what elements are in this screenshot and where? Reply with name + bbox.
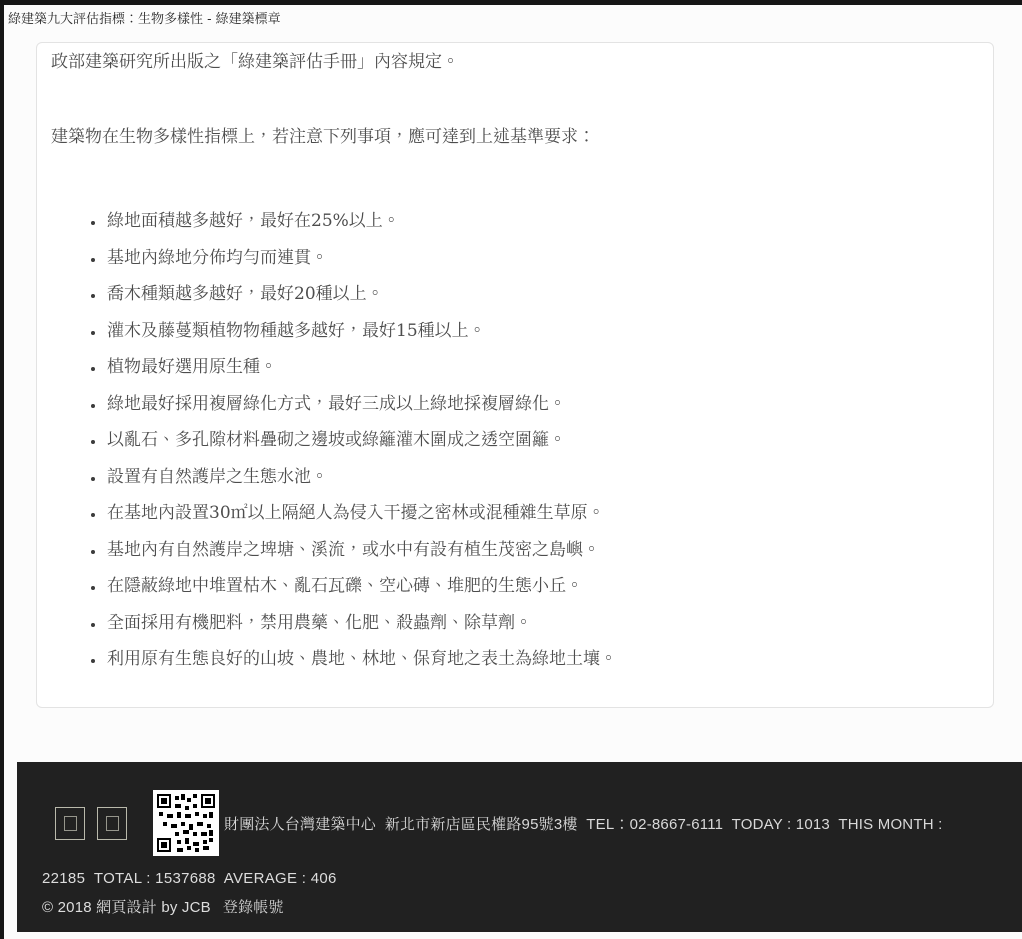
guideline-list-item: 在基地內設置30㎡以上隔絕人為侵入干擾之密林或混種雜生草原。 [105,505,973,523]
guideline-list-item: 在隱蔽綠地中堆置枯木、亂石瓦礫、空心磚、堆肥的生態小丘。 [105,578,973,596]
guideline-list-item: 以亂石、多孔隙材料疊砌之邊坡或綠籬灌木圍成之透空圍籬。 [105,432,973,450]
guideline-list-item: 基地內綠地分佈均勻而連貫。 [105,250,973,268]
page-title: 綠建築九大評估指標：生物多樣性 - 綠建築標章 [4,5,1022,38]
footer: 財團法人台灣建築中心 新北市新店區民權路95號3樓 TEL：02-8667-61… [17,762,1022,932]
guideline-list-item: 植物最好選用原生種。 [105,359,973,377]
guideline-list-item: 綠地最好採用複層綠化方式，最好三成以上綠地採複層綠化。 [105,396,973,414]
window-left-edge [0,0,4,939]
broken-image-inner-icon [106,816,119,831]
guideline-list-item: 全面採用有機肥料，禁用農藥、化肥、殺蟲劑、除草劑。 [105,615,973,633]
guideline-list-item: 灌木及藤蔓類植物物種越多越好，最好15種以上。 [105,323,973,341]
footer-contact-row: 財團法人台灣建築中心 新北市新店區民權路95號3樓 TEL：02-8667-61… [42,790,1012,856]
footer-copyright: © 2018 網頁設計 by JCB [42,899,211,916]
guideline-list: 綠地面積越多越好，最好在25%以上。 基地內綠地分佈均勻而連貫。 喬木種類越多越… [51,213,973,669]
broken-image-inner-icon [64,816,77,831]
guideline-list-item: 設置有自然護岸之生態水池。 [105,469,973,487]
intro-paragraph: 政部建築研究所出版之「綠建築評估手冊」內容規定。 [51,53,973,73]
broken-image-icon[interactable] [55,807,85,840]
qr-code-image [153,790,219,856]
guideline-list-item: 基地內有自然護岸之埤塘、溪流，或水中有設有植生茂密之島嶼。 [105,542,973,560]
broken-image-icon[interactable] [97,807,127,840]
content-panel: 政部建築研究所出版之「綠建築評估手冊」內容規定。 建築物在生物多樣性指標上，若注… [36,42,994,708]
footer-copyright-row: © 2018 網頁設計 by JCB登錄帳號 [42,896,1012,917]
footer-org-line: 財團法人台灣建築中心 新北市新店區民權路95號3樓 TEL：02-8667-61… [224,813,942,834]
guideline-list-item: 利用原有生態良好的山坡、農地、林地、保育地之表土為綠地土壤。 [105,651,973,669]
guideline-list-item: 喬木種類越多越好，最好20種以上。 [105,286,973,304]
guideline-list-item: 綠地面積越多越好，最好在25%以上。 [105,213,973,231]
window-top-edge [0,0,1022,5]
login-link[interactable]: 登錄帳號 [223,899,284,916]
footer-stats-line: 22185 TOTAL : 1537688 AVERAGE : 406 [42,870,1012,887]
lead-paragraph: 建築物在生物多樣性指標上，若注意下列事項，應可達到上述基準要求： [51,128,973,148]
